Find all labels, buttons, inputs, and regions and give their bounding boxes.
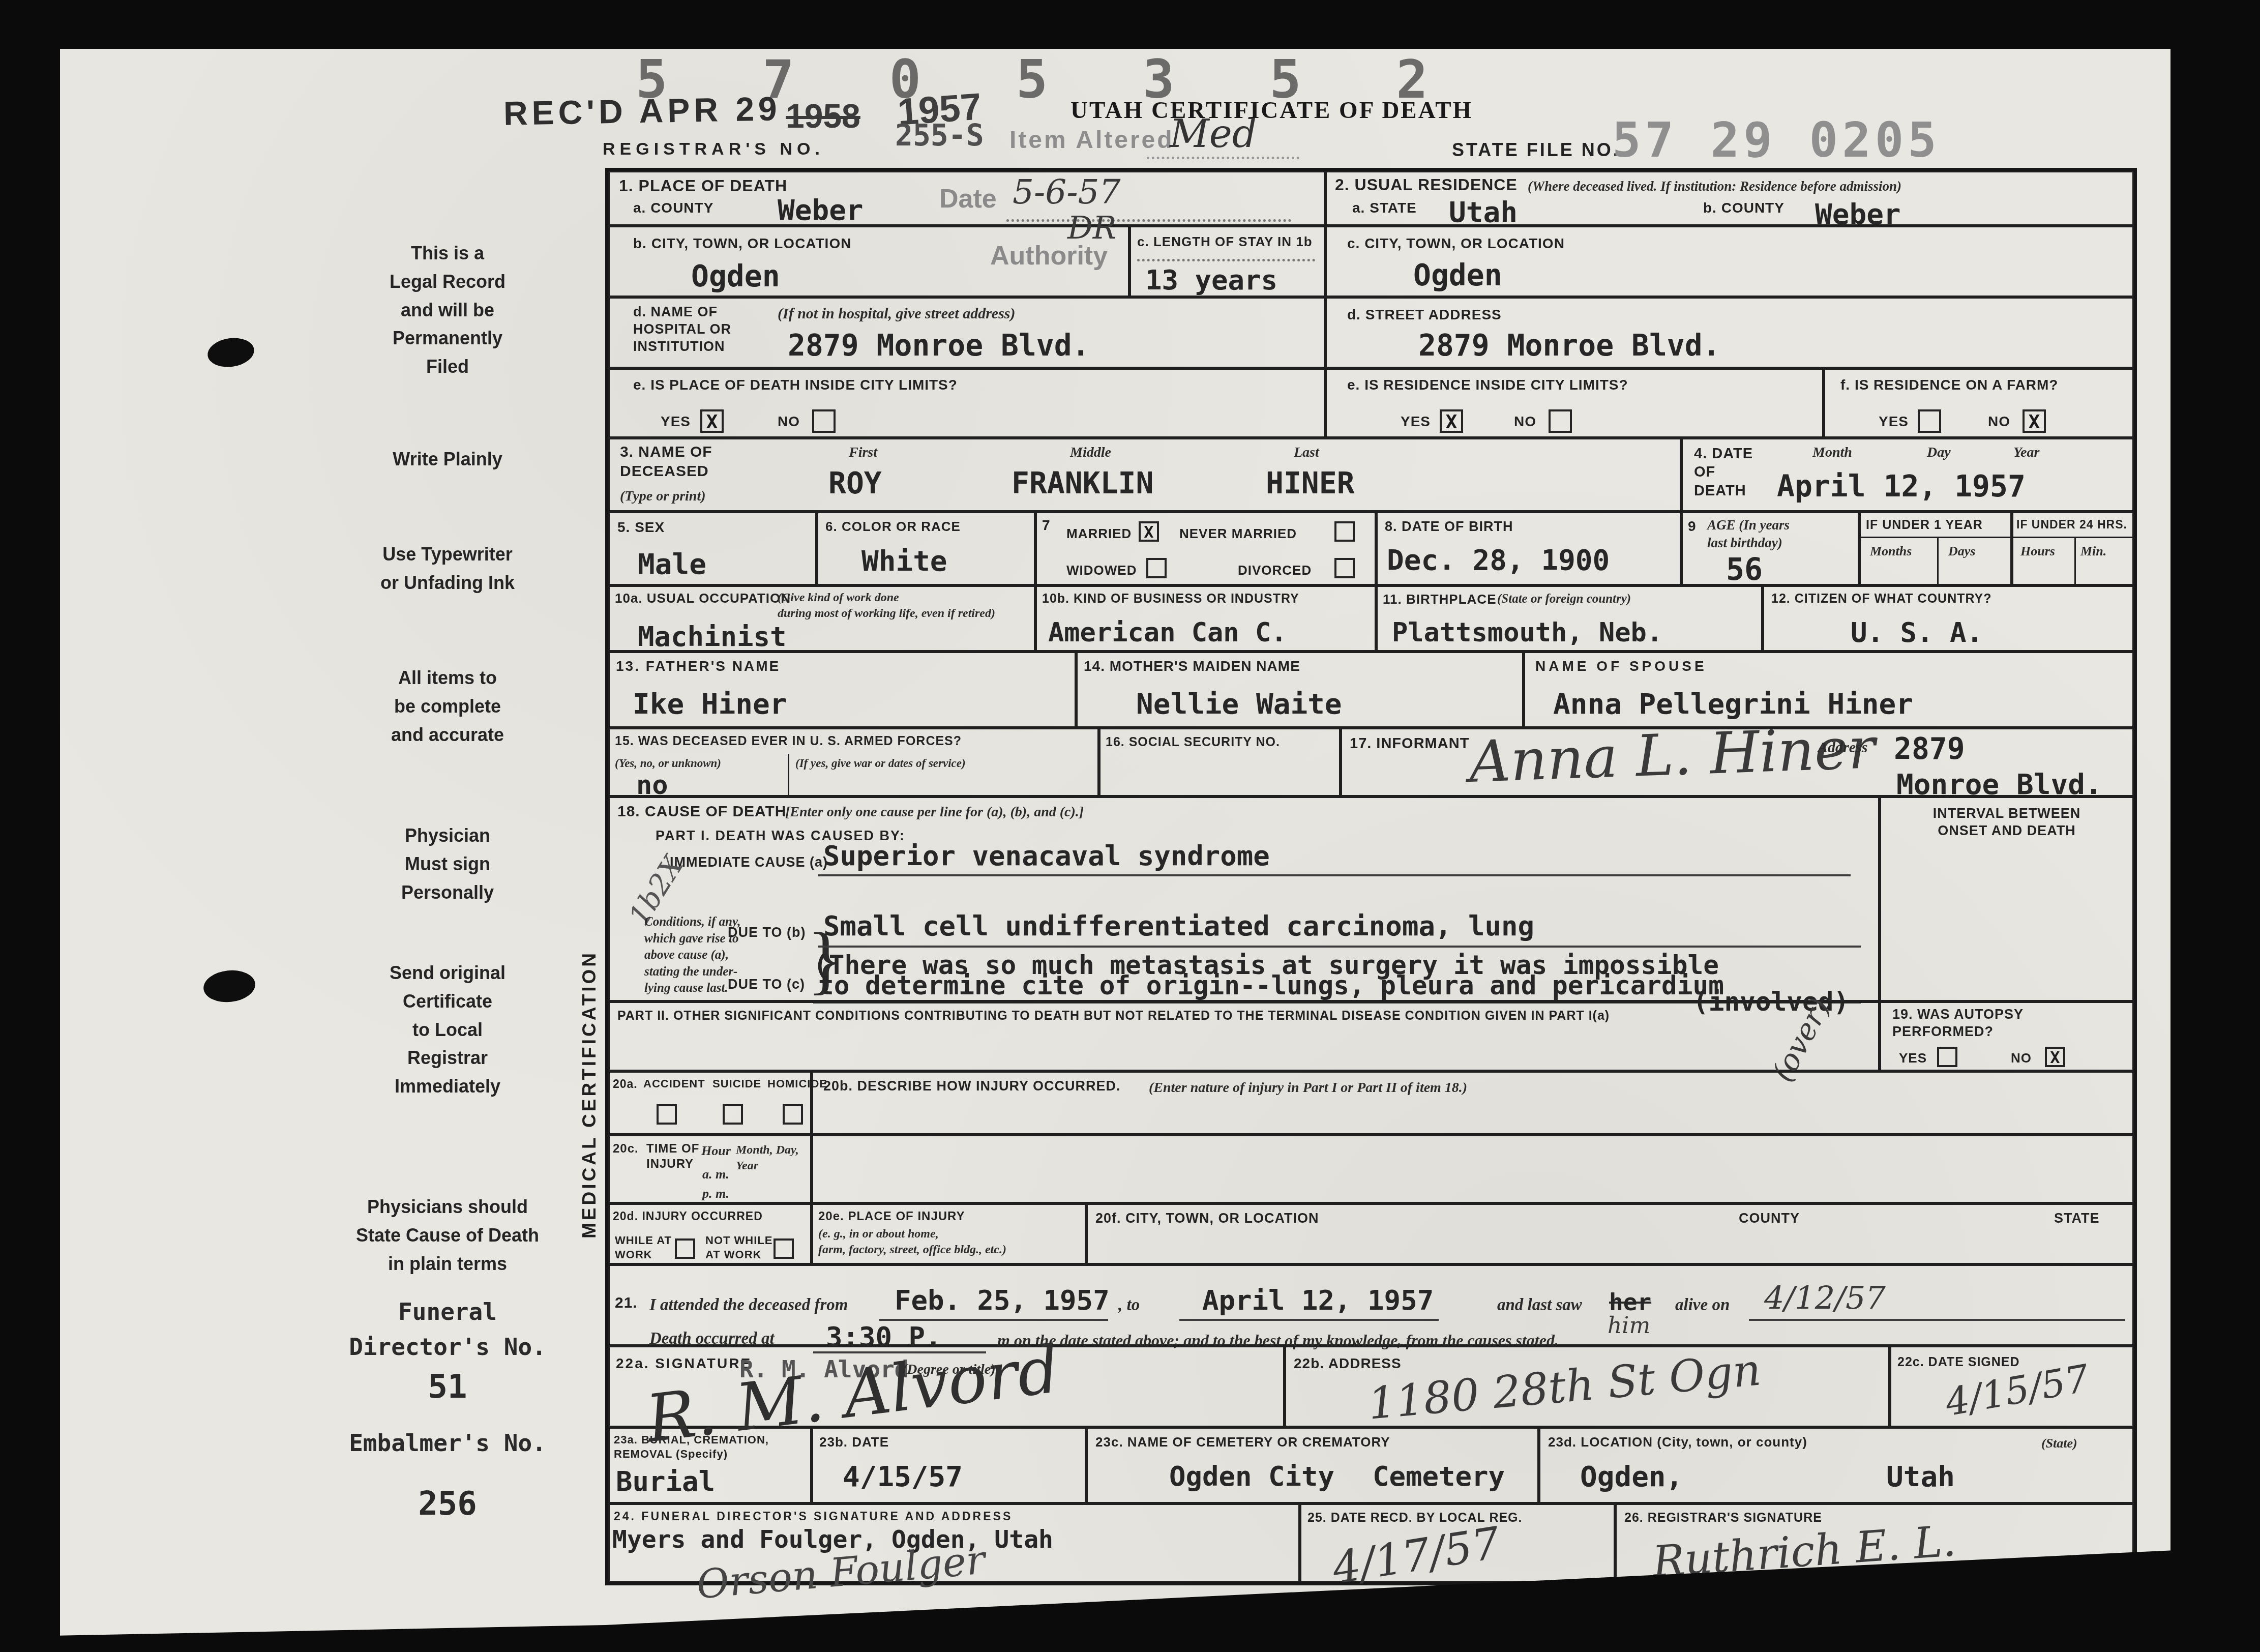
field-6-value: White bbox=[861, 545, 947, 578]
attended-her-struck: her bbox=[1609, 1288, 1651, 1316]
date-stamp-value: 5-6-57 bbox=[1013, 172, 1121, 212]
alive-on-value: 4/12/57 bbox=[1764, 1279, 1886, 1316]
page-title: UTAH CERTIFICATE OF DEATH bbox=[1070, 97, 1473, 124]
field-20e: 20e. PLACE OF INJURY (e. g., in or about… bbox=[812, 1203, 1086, 1264]
field-2e-no-label: NO bbox=[1514, 412, 1536, 430]
margin-legal-record: This is a Legal Record and will be Perma… bbox=[285, 239, 610, 381]
field-2a-label: a. STATE bbox=[1352, 199, 1417, 217]
field-1e-yes-checkbox: X bbox=[700, 409, 724, 433]
cause-c-value: to determine cite of origin--lungs, pleu… bbox=[818, 971, 1724, 1001]
field-12-label: 12. CITIZEN OF WHAT COUNTRY? bbox=[1771, 591, 1992, 607]
field-7-marital-status: 7 MARRIED X NEVER MARRIED WIDOWED DIVORC… bbox=[1035, 512, 1376, 585]
field-26-registrar: 26. REGISTRAR'S SIGNATURE Ruthrich E. L. bbox=[1615, 1503, 2134, 1582]
hour-label: Hour bbox=[701, 1142, 731, 1160]
under-24-divider bbox=[2013, 537, 2132, 538]
part2-label: PART II. OTHER SIGNIFICANT CONDITIONS CO… bbox=[617, 1008, 1868, 1024]
homicide-checkbox bbox=[783, 1104, 803, 1125]
field-20a-num: 20a. bbox=[613, 1077, 638, 1091]
field-1d-value: 2879 Monroe Blvd. bbox=[788, 328, 1090, 363]
dr-note: DR bbox=[1067, 209, 1116, 246]
field-10a-label: 10a. USUAL OCCUPATION bbox=[615, 590, 791, 607]
field-2f-yes-label: YES bbox=[1879, 412, 1909, 430]
field-2e-yes-checkbox: X bbox=[1440, 409, 1463, 433]
field-20b: 20b. DESCRIBE HOW INJURY OCCURRED. (Ente… bbox=[812, 1071, 2134, 1135]
field-20c-num: 20c. bbox=[613, 1141, 639, 1157]
field-10b-label: 10b. KIND OF BUSINESS OR INDUSTRY bbox=[1042, 591, 1299, 607]
field-1e-label: e. IS PLACE OF DEATH INSIDE CITY LIMITS? bbox=[633, 376, 958, 394]
funeral-director-no-label: Funeral Director's No. bbox=[285, 1294, 610, 1365]
while-at-work-label: WHILE AT WORK bbox=[615, 1233, 672, 1261]
field-2e-label: e. IS RESIDENCE INSIDE CITY LIMITS? bbox=[1347, 376, 1628, 394]
field-2d-label: d. STREET ADDRESS bbox=[1347, 306, 1502, 323]
field-23c-label: 23c. NAME OF CEMETERY OR CREMATORY bbox=[1095, 1434, 1390, 1451]
while-at-work-checkbox bbox=[675, 1238, 695, 1259]
hours-label: Hours bbox=[2020, 543, 2055, 560]
field-2ab: 2. USUAL RESIDENCE (Where deceased lived… bbox=[1325, 171, 2134, 226]
margin-plain-terms: Physicians should State Cause of Death i… bbox=[285, 1193, 610, 1278]
field-15-label: 15. WAS DECEASED EVER IN U. S. ARMED FOR… bbox=[615, 733, 962, 749]
field-23d-value1: Ogden, bbox=[1580, 1460, 1683, 1493]
field-19-no-label: NO bbox=[2011, 1050, 2032, 1067]
field-3-middle-label: Middle bbox=[1070, 444, 1111, 462]
under-1-year-divider bbox=[1861, 537, 2010, 538]
field-13-value: Ike Hiner bbox=[633, 688, 787, 721]
field-11-birthplace: 11. BIRTHPLACE (State or foreign country… bbox=[1376, 585, 1763, 652]
attended-to-label: , to bbox=[1118, 1294, 1140, 1316]
field-2f-no-label: NO bbox=[1988, 412, 2010, 430]
field-11-value: Plattsmouth, Neb. bbox=[1392, 617, 1662, 648]
field-1c-length-of-stay: c. LENGTH OF STAY IN 1b 13 years bbox=[1129, 226, 1325, 297]
field-18-bracket: [Enter only one cause per line for (a), … bbox=[785, 803, 1084, 821]
field-23c-value2: Cemetery bbox=[1373, 1460, 1505, 1492]
field-23b-label: 23b. DATE bbox=[819, 1434, 889, 1451]
attended-text1a: I attended the deceased from bbox=[649, 1294, 848, 1316]
field-15-armed-forces: 15. WAS DECEASED EVER IN U. S. ARMED FOR… bbox=[608, 728, 1099, 796]
field-1a-county: 1. PLACE OF DEATH a. COUNTY Weber Date 5… bbox=[608, 171, 1325, 226]
due-to-b-label: DUE TO (b) bbox=[728, 924, 806, 941]
field-3-name-of-deceased: 3. NAME OF DECEASED (Type or print) Firs… bbox=[608, 438, 1681, 512]
certificate-form: 1. PLACE OF DEATH a. COUNTY Weber Date 5… bbox=[605, 168, 2137, 1585]
field-4-day-label: Day bbox=[1927, 444, 1951, 462]
field-7-never-label: NEVER MARRIED bbox=[1179, 525, 1297, 542]
field-25-date-recd: 25. DATE RECD. BY LOCAL REG. 4/17/57 bbox=[1300, 1503, 1615, 1582]
batch-number: 255-S bbox=[895, 118, 984, 153]
field-14-label: 14. MOTHER'S MAIDEN NAME bbox=[1084, 657, 1300, 675]
state-file-value: 57 29 0205 bbox=[1612, 113, 1941, 168]
field-5-sex: 5. SEX Male bbox=[608, 512, 817, 585]
field-10b-industry: 10b. KIND OF BUSINESS OR INDUSTRY Americ… bbox=[1035, 585, 1376, 652]
embalmer-no-label: Embalmer's No. bbox=[285, 1429, 610, 1457]
suicide-label: SUICIDE bbox=[712, 1077, 761, 1091]
field-7-widowed-label: WIDOWED bbox=[1066, 562, 1137, 579]
embalmer-no-value: 256 bbox=[285, 1485, 610, 1523]
field-20b-hint: (Enter nature of injury in Part I or Par… bbox=[1149, 1079, 1467, 1097]
field-7-married-checkbox: X bbox=[1139, 521, 1159, 542]
field-4-month-label: Month bbox=[1812, 444, 1852, 462]
cause-b-underline bbox=[818, 946, 1861, 948]
field-2f-yes-checkbox bbox=[1918, 409, 1941, 433]
field-12-citizen: 12. CITIZEN OF WHAT COUNTRY? U. S. A. bbox=[1763, 585, 2134, 652]
cause-b-value: Small cell undifferentiated carcinoma, l… bbox=[823, 910, 1534, 942]
field-2e-no-checkbox bbox=[1549, 409, 1572, 433]
field-23d-location: 23d. LOCATION (City, town, or county) (S… bbox=[1539, 1427, 2134, 1503]
field-2f-farm: f. IS RESIDENCE ON A FARM? YES NO X bbox=[1824, 368, 2134, 438]
field-9-num: 9 bbox=[1688, 517, 1697, 535]
field-12-value: U. S. A. bbox=[1851, 616, 1983, 648]
registrars-no-label: REGISTRAR'S NO. bbox=[603, 138, 824, 160]
immediate-cause-label: IMMEDIATE CAUSE (a) bbox=[670, 854, 828, 871]
days-label: Days bbox=[1948, 543, 1975, 560]
field-16-label: 16. SOCIAL SECURITY NO. bbox=[1106, 734, 1280, 750]
field-3-first-value: ROY bbox=[828, 466, 882, 500]
field-7-divorced-label: DIVORCED bbox=[1238, 562, 1312, 579]
attended-him-note: him bbox=[1608, 1313, 1650, 1339]
mdy-label: Month, Day, Year bbox=[736, 1142, 810, 1174]
field-2e-yes-label: YES bbox=[1401, 412, 1431, 430]
field-9-label: AGE (In years last birthday) bbox=[1707, 516, 1790, 552]
field-3-last-label: Last bbox=[1294, 444, 1319, 462]
field-9-value: 56 bbox=[1726, 552, 1763, 587]
county-label: COUNTY bbox=[1739, 1210, 1800, 1227]
cause-a-underline bbox=[818, 874, 1851, 876]
field-25-value: 4/17/57 bbox=[1329, 1518, 1503, 1595]
field-22c-date-signed: 22c. DATE SIGNED 4/15/57 bbox=[1890, 1346, 2134, 1427]
field-1b-value: Ogden bbox=[691, 259, 780, 293]
field-2a-value: Utah bbox=[1449, 196, 1518, 229]
field-16-ssn: 16. SOCIAL SECURITY NO. bbox=[1099, 728, 1341, 796]
attended-to-underline bbox=[1179, 1319, 1439, 1321]
field-23c-value1: Ogden City bbox=[1169, 1460, 1334, 1492]
field-1d-hint: (If not in hospital, give street address… bbox=[778, 304, 1016, 323]
field-8-label: 8. DATE OF BIRTH bbox=[1385, 518, 1513, 536]
field-4-date-of-death: 4. DATE OF DEATH Month Day Year April 12… bbox=[1681, 438, 2134, 512]
field-23d-value2: Utah bbox=[1886, 1460, 1955, 1493]
attended-to-value: April 12, 1957 bbox=[1202, 1284, 1434, 1316]
interval-column: INTERVAL BETWEEN ONSET AND DEATH bbox=[1880, 796, 2134, 1001]
field-23a-value: Burial bbox=[616, 1465, 715, 1497]
field-2c-value: Ogden bbox=[1413, 258, 1502, 292]
pm-label: p. m. bbox=[702, 1185, 729, 1202]
date-stamp-label: Date bbox=[939, 184, 997, 214]
date-leader bbox=[1006, 219, 1291, 222]
field-9-under-24-hrs: IF UNDER 24 HRS. Hours Min. bbox=[2012, 512, 2134, 585]
under-1-year-label: IF UNDER 1 YEAR bbox=[1866, 517, 1983, 533]
field-17-informant: 17. INFORMANT Anna L. Hiner Address 2879… bbox=[1341, 728, 2134, 796]
field-22a-label: 22a. SIGNATURE bbox=[616, 1354, 752, 1372]
field-26-label: 26. REGISTRAR'S SIGNATURE bbox=[1624, 1510, 1822, 1526]
field-15-hint2: (If yes, give war or dates of service) bbox=[795, 756, 966, 771]
field-7-divorced-checkbox bbox=[1334, 558, 1355, 578]
field-22a-signature: 22a. SIGNATURE R. M. Alvord (Degree or t… bbox=[608, 1346, 1285, 1427]
field-19-label: 19. WAS AUTOPSY PERFORMED? bbox=[1892, 1006, 2024, 1041]
field-2f-no-checkbox: X bbox=[2023, 409, 2046, 433]
conditions-note: Conditions, if any, which gave rise to a… bbox=[644, 914, 740, 997]
field-9-age: 9 AGE (In years last birthday) 56 bbox=[1681, 512, 1859, 585]
field-10a-value: Machinist bbox=[638, 621, 787, 653]
under-24-label: IF UNDER 24 HRS. bbox=[2016, 517, 2127, 532]
field-2c-city: c. CITY, TOWN, OR LOCATION Ogden bbox=[1325, 226, 2134, 297]
field-2e-city-limits: e. IS RESIDENCE INSIDE CITY LIMITS? YES … bbox=[1325, 368, 1824, 438]
field-3-label: 3. NAME OF DECEASED bbox=[620, 442, 712, 481]
state-file-label: STATE FILE NO. bbox=[1452, 138, 1620, 161]
field-1e-yes-label: YES bbox=[661, 412, 691, 430]
state-label: STATE bbox=[2054, 1210, 2100, 1227]
field-3-first-label: First bbox=[849, 444, 877, 462]
field-19-no-checkbox: X bbox=[2045, 1047, 2065, 1067]
informant-address-value1: 2879 bbox=[1894, 731, 1965, 766]
section-1-title: 1. PLACE OF DEATH bbox=[619, 175, 787, 196]
margin-all-items: All items to be complete and accurate bbox=[285, 664, 610, 749]
field-20d: 20d. INJURY OCCURRED WHILE AT WORK NOT W… bbox=[608, 1203, 812, 1264]
death-certificate-scan: 5 7 0 5 3 5 2 REC'D APR 29 1958 1957 REG… bbox=[0, 0, 2260, 1652]
informant-signature: Anna L. Hiner bbox=[1468, 715, 1877, 795]
field-5-value: Male bbox=[638, 548, 706, 581]
field-10a-hint: (Give kind of work done during most of w… bbox=[778, 590, 995, 622]
alive-on-underline bbox=[1749, 1319, 2125, 1321]
field-20b-label: 20b. DESCRIBE HOW INJURY OCCURRED. bbox=[823, 1078, 1121, 1095]
attended-text1c: alive on bbox=[1675, 1294, 1730, 1316]
field-23c-cemetery: 23c. NAME OF CEMETERY OR CREMATORY Ogden… bbox=[1086, 1427, 1539, 1503]
field-22b-label: 22b. ADDRESS bbox=[1294, 1354, 1402, 1372]
field-1d-hospital: d. NAME OF HOSPITAL OR INSTITUTION (If n… bbox=[608, 297, 1325, 368]
field-1d-label: d. NAME OF HOSPITAL OR INSTITUTION bbox=[633, 304, 731, 355]
field-11-label: 11. BIRTHPLACE bbox=[1383, 591, 1497, 608]
field-2f-label: f. IS RESIDENCE ON A FARM? bbox=[1840, 376, 2058, 394]
field-1b-label: b. CITY, TOWN, OR LOCATION bbox=[633, 234, 851, 252]
field-20c: 20c. TIME OF INJURY Hour Month, Day, Yea… bbox=[608, 1135, 812, 1203]
field-23d-label: 23d. LOCATION (City, town, or county) bbox=[1548, 1434, 1807, 1451]
field-8-date-of-birth: 8. DATE OF BIRTH Dec. 28, 1900 bbox=[1376, 512, 1681, 585]
field-20d-label: 20d. INJURY OCCURRED bbox=[613, 1209, 763, 1224]
field-20f: 20f. CITY, TOWN, OR LOCATION COUNTY STAT… bbox=[1086, 1203, 2134, 1264]
field-18-label: 18. CAUSE OF DEATH bbox=[617, 802, 787, 821]
hours-min-divider bbox=[2074, 537, 2076, 584]
field-21-attended: 21. I attended the deceased from Feb. 25… bbox=[608, 1264, 2134, 1346]
field-11-hint: (State or foreign country) bbox=[1497, 591, 1631, 608]
field-1c-value: 13 years bbox=[1145, 264, 1277, 296]
field-13-father: 13. FATHER'S NAME Ike Hiner bbox=[608, 652, 1076, 728]
field-10b-value: American Can C. bbox=[1048, 617, 1287, 648]
field-8-value: Dec. 28, 1900 bbox=[1387, 544, 1610, 577]
field-7-num: 7 bbox=[1042, 516, 1051, 534]
field-6-color-or-race: 6. COLOR OR RACE White bbox=[817, 512, 1035, 585]
months-days-divider bbox=[1937, 537, 1939, 584]
field-1c-leader bbox=[1137, 259, 1315, 261]
accident-label: ACCIDENT bbox=[643, 1077, 705, 1091]
field-7-widowed-checkbox bbox=[1146, 558, 1167, 578]
field-14-value: Nellie Waite bbox=[1136, 688, 1342, 721]
field-3-middle-value: FRANKLIN bbox=[1012, 466, 1153, 500]
due-to-c-label: DUE TO (c) bbox=[728, 976, 805, 993]
field-22b-value: 1180 28th St Ogn bbox=[1366, 1344, 1763, 1429]
field-19-autopsy: 19. WAS AUTOPSY PERFORMED? YES NO X bbox=[1880, 1001, 2134, 1071]
section-2-title: 2. USUAL RESIDENCE bbox=[1335, 174, 1518, 195]
field-15-value: no bbox=[636, 770, 668, 801]
field-15-divider bbox=[788, 754, 789, 795]
field-23b-date: 23b. DATE 4/15/57 bbox=[812, 1427, 1086, 1503]
item-altered-label: Item Altered bbox=[1009, 126, 1174, 154]
field-5-label: 5. SEX bbox=[617, 518, 665, 536]
not-while-label: NOT WHILE AT WORK bbox=[705, 1233, 772, 1261]
am-label: a. m. bbox=[702, 1166, 729, 1183]
field-20a: 20a. ACCIDENT SUICIDE HOMICIDE bbox=[608, 1071, 812, 1135]
item-altered-leader bbox=[1147, 157, 1299, 159]
suicide-checkbox bbox=[723, 1104, 743, 1125]
field-13-label: 13. FATHER'S NAME bbox=[616, 657, 780, 675]
cause-a-value: Superior venacaval syndrome bbox=[823, 840, 1270, 872]
margin-send-original: Send original Certificate to Local Regis… bbox=[285, 959, 610, 1101]
field-20c-label: TIME OF INJURY bbox=[646, 1141, 699, 1172]
registrar-script-signature: Ruthrich E. L. bbox=[1651, 1516, 1957, 1586]
field-24-typed: Myers and Foulger, Ogden, Utah bbox=[612, 1525, 1053, 1554]
funeral-director-no-value: 51 bbox=[285, 1368, 610, 1406]
field-14-mother: 14. MOTHER'S MAIDEN NAME Nellie Waite bbox=[1076, 652, 1524, 728]
field-3-last-value: HINER bbox=[1266, 466, 1355, 500]
field-2c-label: c. CITY, TOWN, OR LOCATION bbox=[1347, 234, 1565, 252]
margin-physician-sign: Physician Must sign Personally bbox=[285, 821, 610, 906]
field-3-type-hint: (Type or print) bbox=[620, 487, 706, 506]
field-10a-occupation: 10a. USUAL OCCUPATION (Give kind of work… bbox=[608, 585, 1035, 652]
field-1c-label: c. LENGTH OF STAY IN 1b bbox=[1137, 233, 1313, 250]
field-1a-label: a. COUNTY bbox=[633, 199, 713, 217]
field-1e-no-checkbox bbox=[812, 409, 836, 433]
field-4-value: April 12, 1957 bbox=[1777, 469, 2026, 504]
field-19-yes-label: YES bbox=[1899, 1050, 1927, 1067]
field-1a-value: Weber bbox=[778, 194, 864, 227]
informant-address-label: Address bbox=[1818, 737, 1867, 757]
field-22c-label: 22c. DATE SIGNED bbox=[1897, 1354, 2020, 1370]
min-label: Min. bbox=[2080, 543, 2106, 560]
part2-row: PART II. OTHER SIGNIFICANT CONDITIONS CO… bbox=[608, 1001, 1880, 1071]
months-label: Months bbox=[1870, 543, 1912, 560]
attended-from-value: Feb. 25, 1957 bbox=[895, 1284, 1110, 1316]
field-7-never-checkbox bbox=[1334, 521, 1355, 542]
field-2d-value: 2879 Monroe Blvd. bbox=[1418, 328, 1720, 363]
field-24-funeral-director: 24. FUNERAL DIRECTOR'S SIGNATURE AND ADD… bbox=[608, 1503, 1300, 1582]
field-22b-address: 22b. ADDRESS 1180 28th St Ogn bbox=[1285, 1346, 1890, 1427]
field-20c-spacer bbox=[812, 1135, 2134, 1203]
field-1e-no-label: NO bbox=[778, 412, 800, 430]
field-2d-street: d. STREET ADDRESS 2879 Monroe Blvd. bbox=[1325, 297, 2134, 368]
field-9-under-1-year: IF UNDER 1 YEAR Months Days bbox=[1859, 512, 2012, 585]
received-stamp: REC'D APR 29 bbox=[503, 89, 781, 133]
field-6-label: 6. COLOR OR RACE bbox=[825, 518, 961, 535]
field-20f-label: 20f. CITY, TOWN, OR LOCATION bbox=[1095, 1210, 1319, 1227]
field-4-label: 4. DATE OF DEATH bbox=[1694, 445, 1753, 500]
interval-label: INTERVAL BETWEEN ONSET AND DEATH bbox=[1881, 805, 2132, 840]
attended-text1b: and last saw bbox=[1497, 1294, 1582, 1316]
margin-write-plainly: Write Plainly bbox=[285, 445, 610, 474]
received-year-struck: 1958 bbox=[786, 97, 860, 135]
section-2-hint: (Where deceased lived. If institution: R… bbox=[1528, 178, 1901, 195]
margin-use-typewriter: Use Typewriter or Unfading Ink bbox=[285, 540, 610, 597]
field-spouse-label: NAME OF SPOUSE bbox=[1535, 657, 1707, 675]
field-23b-value: 4/15/57 bbox=[843, 1460, 963, 1493]
field-1e-city-limits: e. IS PLACE OF DEATH INSIDE CITY LIMITS?… bbox=[608, 368, 1325, 438]
medical-certification-vertical-label: MEDICAL CERTIFICATION bbox=[579, 840, 601, 1349]
field-20e-label: 20e. PLACE OF INJURY bbox=[818, 1209, 965, 1224]
field-19-yes-checkbox bbox=[1937, 1047, 1957, 1067]
field-17-label: 17. INFORMANT bbox=[1350, 734, 1469, 753]
field-1b-city: b. CITY, TOWN, OR LOCATION Ogden Authori… bbox=[608, 226, 1129, 297]
field-18-cause-of-death: 18. CAUSE OF DEATH [Enter only one cause… bbox=[608, 796, 1880, 1001]
field-21-num: 21. bbox=[615, 1293, 638, 1313]
field-20e-hint: (e. g., in or about home, farm, factory,… bbox=[818, 1226, 1006, 1258]
field-23d-state-hint: (State) bbox=[2041, 1435, 2077, 1452]
field-4-year-label: Year bbox=[2013, 444, 2039, 462]
not-while-checkbox bbox=[774, 1238, 794, 1259]
field-7-married-label: MARRIED bbox=[1066, 525, 1132, 542]
field-2b-label: b. COUNTY bbox=[1703, 199, 1785, 217]
field-15-hint1: (Yes, no, or unknown) bbox=[615, 756, 721, 771]
accident-checkbox bbox=[657, 1104, 677, 1125]
field-24-label: 24. FUNERAL DIRECTOR'S SIGNATURE AND ADD… bbox=[614, 1509, 1013, 1524]
